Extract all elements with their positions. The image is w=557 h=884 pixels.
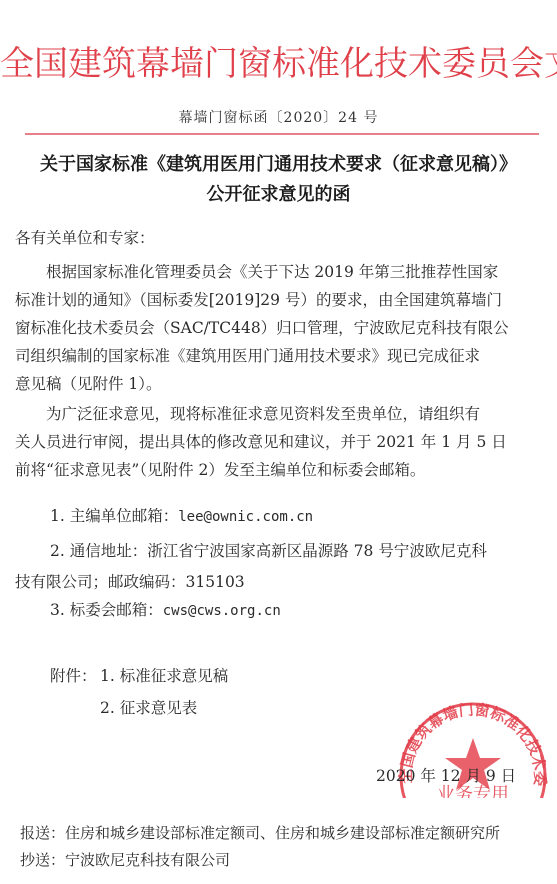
issue-date: 2020 年 12 月 9 日 <box>376 764 516 786</box>
attachments-label: 附件： <box>50 664 97 686</box>
svg-text:业务专用: 业务专用 <box>437 784 509 798</box>
subject-line-2: 公开征求意见的函 <box>0 180 557 206</box>
paragraph-1-line: 司组织编制的国家标准《建筑用医用门通用技术要求》现已完成征求 <box>15 342 547 370</box>
paragraph-2-line: 关人员进行审阅，提出具体的修改意见和建议，并于 2021 年 1 月 5 日 <box>15 428 547 456</box>
item-label: 主编单位邮箱： <box>70 507 179 525</box>
paragraph-1-line: 意见稿（见附件 1）。 <box>15 370 547 398</box>
paragraph-1: 根据国家标准化管理委员会《关于下达 2019 年第三批推荐性国家 标准计划的通知… <box>15 258 547 398</box>
committee-email-link[interactable]: cws@cws.org.cn <box>163 603 281 619</box>
report-to: 报送：住房和城乡建设部标准定额司、住房和城乡建设部标准定额研究所 <box>20 822 500 843</box>
paragraph-2-line: 为广泛征求意见，现将标准征求意见资料发至贵单位，请组织有 <box>15 400 547 428</box>
paragraph-1-line: 标准计划的通知》（国标委发[2019]29 号）的要求，由全国建筑幕墙门 <box>15 286 547 314</box>
red-divider <box>25 133 539 135</box>
subject-line-1: 关于国家标准《建筑用医用门通用技术要求（征求意见稿）》 <box>0 150 557 176</box>
item-label: 通信地址： <box>70 542 148 560</box>
address-value: 浙江省宁波国家高新区晶源路 78 号宁波欧尼克科 <box>147 542 487 560</box>
salutation: 各有关单位和专家： <box>15 224 547 252</box>
paragraph-1-line: 根据国家标准化管理委员会《关于下达 2019 年第三批推荐性国家 <box>15 258 547 286</box>
paragraph-1-line: 窗标准化技术委员会（SAC/TC448）归口管理，宁波欧尼克科技有限公 <box>15 314 547 342</box>
item-label: 标委会邮箱： <box>70 601 163 619</box>
attachment-1[interactable]: 1. 标准征求意见稿 <box>100 664 228 686</box>
contact-item-address: 2. 通信地址：浙江省宁波国家高新区晶源路 78 号宁波欧尼克科 技有限公司；邮… <box>15 537 487 596</box>
contact-item-editor-email: 1. 主编单位邮箱：lee@ownic.com.cn <box>50 502 313 531</box>
paragraph-2-line: 前将“征求意见表”（见附件 2）发至主编单位和标委会邮箱。 <box>15 456 547 484</box>
attachment-2[interactable]: 2. 征求意见表 <box>100 696 197 718</box>
contact-item-committee-email: 3. 标委会邮箱：cws@cws.org.cn <box>50 596 281 625</box>
address-continued: 技有限公司；邮政编码：315103 <box>15 568 487 596</box>
editor-email-link[interactable]: lee@ownic.com.cn <box>178 509 313 525</box>
copy-to: 抄送：宁波欧尼克科技有限公司 <box>20 849 230 870</box>
paragraph-2: 为广泛征求意见，现将标准征求意见资料发至贵单位，请组织有 关人员进行审阅，提出具… <box>15 400 547 484</box>
item-number: 2. <box>50 542 65 560</box>
item-number: 3. <box>50 601 65 619</box>
document-number: 幕墙门窗标函〔2020〕24 号 <box>0 107 557 127</box>
item-number: 1. <box>50 507 65 525</box>
issuer-title: 全国建筑幕墙门窗标准化技术委员会文件 <box>0 36 557 85</box>
